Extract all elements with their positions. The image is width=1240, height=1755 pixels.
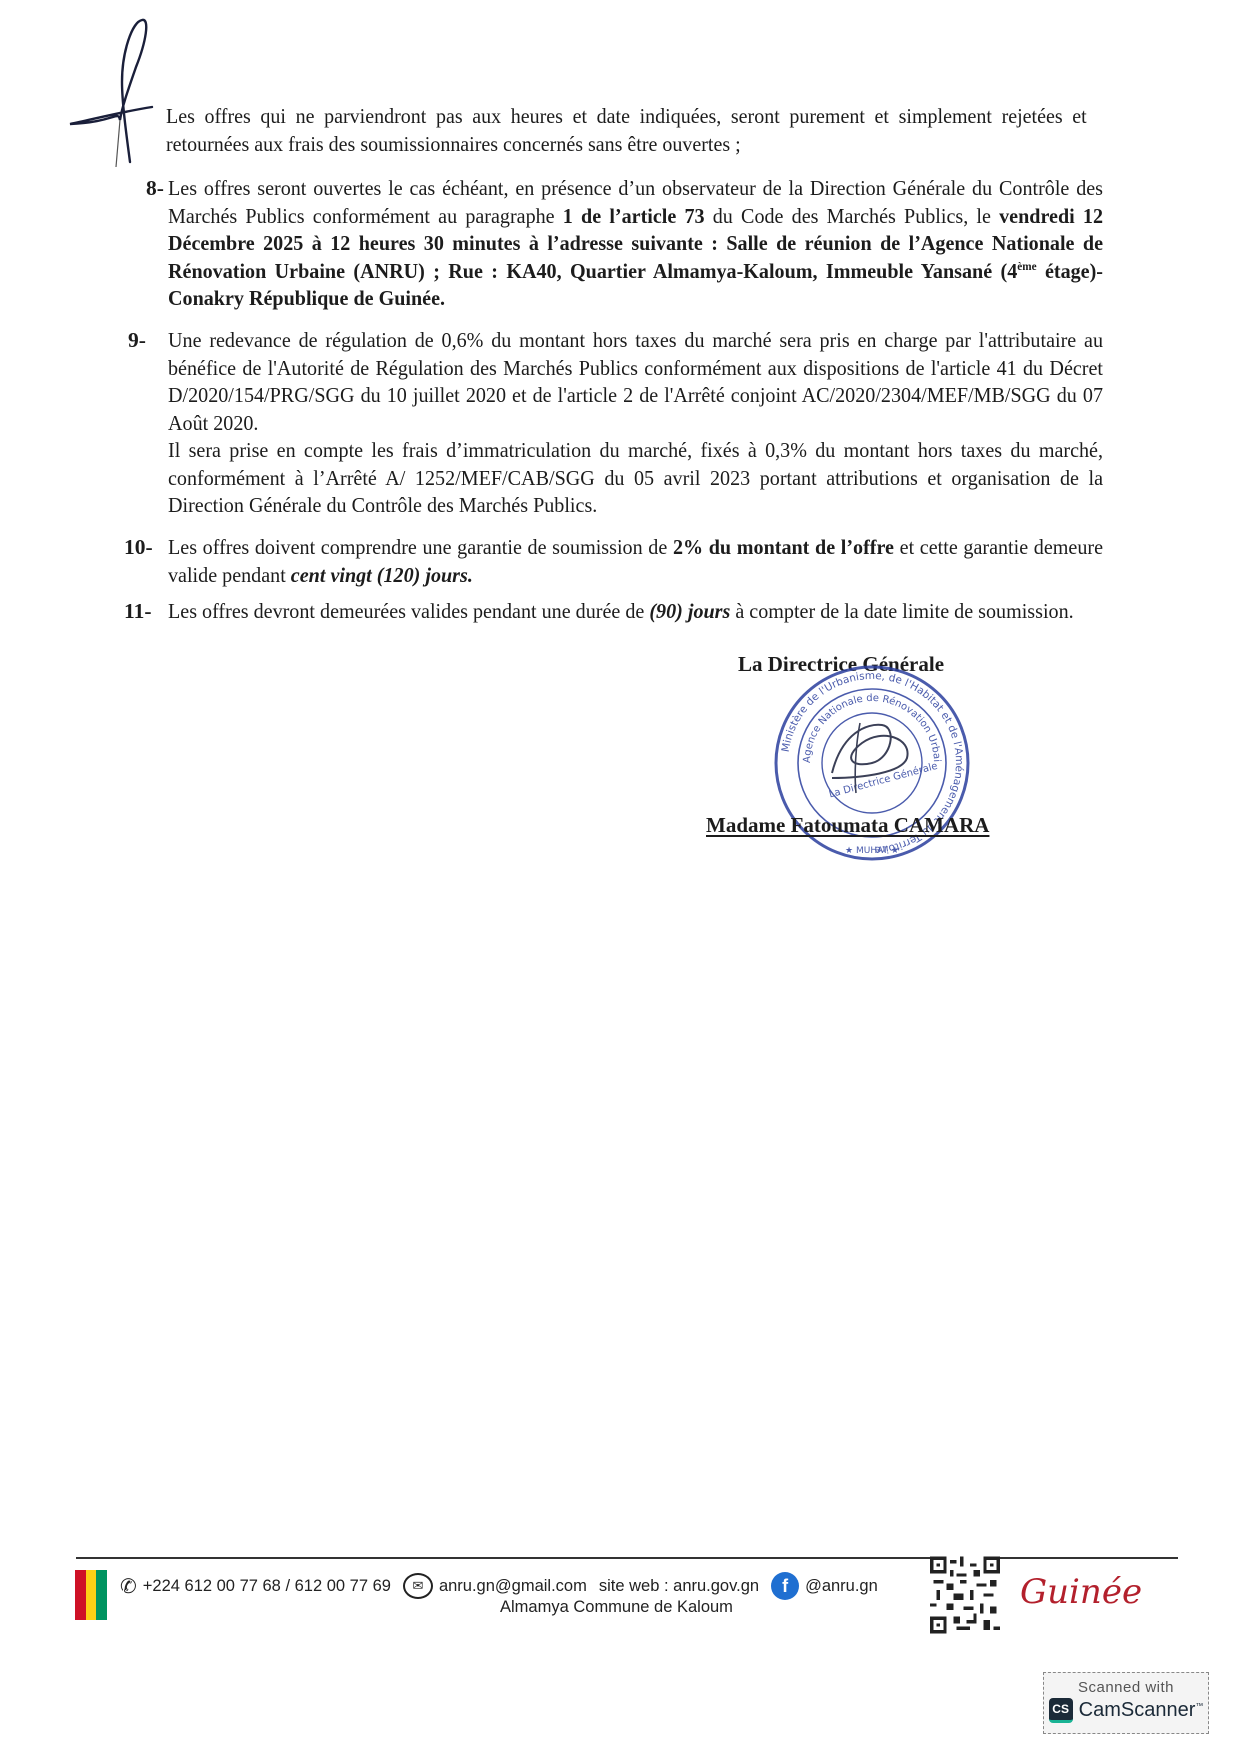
clause-number: 8- [146,175,164,203]
camscanner-watermark: Scanned with CS CamScanner™ [1043,1672,1209,1734]
facebook-icon: f [771,1572,799,1600]
clause-body: Les offres seront ouvertes le cas échéan… [168,175,1103,313]
document-page: Les offres qui ne parviendront pas aux h… [0,0,1240,1755]
clause-number: 9- [128,327,146,355]
scanned-with-text: Scanned with [1044,1679,1208,1696]
stamp-bottom-text: ★ MUHAT ★ [845,846,899,856]
footer-contact-line: ✆ +224 612 00 77 68 / 612 00 77 69 ✉ anr… [120,1572,878,1600]
clause-number: 11- [124,598,151,626]
camscanner-name: CamScanner™ [1079,1699,1204,1722]
clause-9-paragraph-1: Une redevance de régulation de 0,6% du m… [168,327,1103,437]
guinee-brand-logo: Guinée [1020,1572,1142,1612]
clause-10: 10- Les offres doivent comprendre une ga… [128,534,1090,589]
signatory-name: Madame Fatoumata CAMARA [706,813,989,838]
clause-number: 10- [124,534,153,562]
footer-facebook-handle[interactable]: @anru.gn [805,1577,878,1596]
clause-body: Une redevance de régulation de 0,6% du m… [168,327,1103,520]
clause-8: 8- Les offres seront ouvertes le cas éch… [128,175,1090,313]
guinea-flag-icon [75,1570,107,1620]
envelope-icon: ✉ [403,1573,433,1599]
clause-9-paragraph-2: Il sera prise en compte les frais d’imma… [168,437,1103,520]
footer-divider [76,1557,1178,1559]
clause-11: 11- Les offres devront demeurées valides… [128,598,1090,626]
footer-address: Almamya Commune de Kaloum [500,1598,733,1617]
qr-code [930,1556,1000,1634]
stamp-center-text: La Directrice Générale [828,760,939,801]
phone-icon: ✆ [120,1574,137,1599]
handwritten-initial-mark [60,12,170,172]
clause-body: Les offres doivent comprendre une garant… [168,534,1103,589]
footer-email[interactable]: anru.gn@gmail.com [439,1577,587,1596]
footer-website[interactable]: site web : anru.gov.gn [599,1577,759,1596]
clause-body: Les offres devront demeurées valides pen… [168,598,1103,626]
clause-9: 9- Une redevance de régulation de 0,6% d… [128,327,1090,520]
footer-phone: +224 612 00 77 68 / 612 00 77 69 [143,1577,391,1596]
camscanner-logo-icon: CS [1049,1698,1073,1723]
intro-paragraph: Les offres qui ne parviendront pas aux h… [166,103,1087,158]
